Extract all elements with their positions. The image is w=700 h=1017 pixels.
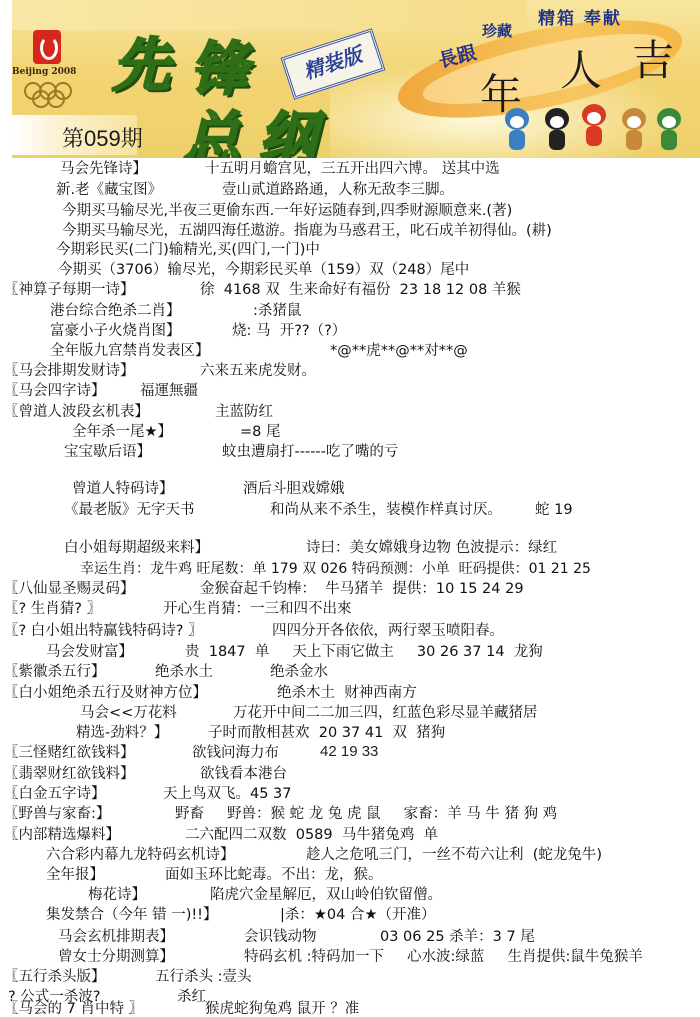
row-label: 〖白金五字诗】 [4,785,106,803]
row-label: 全年杀一尾★】 [72,423,172,441]
row-content: 金猴奋起千钧棒： 牛马猪羊 提供：10 15 24 29 [200,580,524,598]
row-label: 〖神算子每期一诗】 [4,281,135,299]
row-label: 〖? 生肖猜? 〗 [4,600,101,618]
row-label: 〖野兽与家畜:】 [4,805,110,823]
row-label: 白小姐每期超级来料】 [64,539,209,557]
row-content: 酒后斗胆戏嫦娥 [243,480,345,498]
row-content: 二六配四二双数 0589 马牛猪兔鸡 单 [185,826,438,844]
row-content: 杀红 [177,988,206,1006]
row-content: 今期买马输尽光,半夜三更偷东西.一年好运随春到,四季财源顺意来.(著) [62,202,512,220]
row-label: 新.老《藏宝图》 [56,182,162,198]
row-label: 马会先锋诗】 [60,161,147,177]
row-label: 〖紫徽杀五行】 [4,663,106,681]
row-content: 猴虎蛇狗兔鸡 鼠开 ？准 [205,1000,359,1017]
row-content: 主蓝防红 [215,403,273,421]
title-char-1: 先 [112,18,170,102]
row-label: 〖白小姐绝杀五行及财神方位】 [4,684,207,702]
row-content: 今期买（3706）输尽光，今期彩民买单（159）双（248）尾中 [58,261,469,279]
header-banner: Beijing 2008 先 锋 总 纲 精装版 精箱 奉献 珍藏 長跟 年 人… [0,0,700,158]
row-label: 〖翡翠财红欲钱料】 [4,765,135,783]
mascot-jingjing-icon [543,108,571,152]
beijing-olympic-emblem-icon [33,30,61,64]
row-content: 徐 4168 双 生来命好有福份 23 18 12 08 羊猴 [200,281,521,299]
row-content: 陷虎穴金星解厄，双山岭伯钦留僧。 [210,886,442,904]
row-label: 《最老版》无字天书 [64,501,195,519]
row-label: 马会<<万花料 [80,704,177,722]
row-label: 〖三怪赌红欲钱料】 [4,744,135,762]
slogan-char-2: 人 [560,38,602,98]
banner-tagline-partial: 珍藏 [482,20,512,41]
row-content: 十五明月蟾宫见，三五开出四六博。 送其中选 [205,160,500,178]
row-label: 〖八仙显圣赐灵码】 [4,580,135,598]
mascot-beibei-icon [503,108,531,152]
row-label: 六合彩内幕九龙特码玄机诗】 [46,846,235,864]
row-content: 绝杀木土 财神西南方 [277,684,417,702]
row-content: 诗曰：美女嫦娥身边物 色波提示：绿红 [306,539,557,557]
row-content: 今期买马输尽光，五湖四海任遨游。指鹿为马惑君王，叱石成羊初得仙。(耕) [62,222,552,240]
row-label: 梅花诗】 [88,886,146,904]
olympic-text: Beijing 2008 [12,67,76,77]
row-label: 〖马会四字诗】 [4,382,106,400]
mascot-huanhuan-icon [580,104,608,148]
row-label: 精选-劲料？】 [76,724,168,742]
row-label: 港台综合绝杀二肖】 [50,302,181,320]
row-content: *@**虎**@**对**@ [330,342,468,360]
row-content: 趁人之危吼三门，一丝不苟六让利 (蛇龙兔牛) [306,846,602,864]
row-content: 六来五来虎发财。 [200,362,316,380]
row-label: 曾道人特码诗】 [72,480,174,498]
row-label: 全年报】 [46,866,104,884]
row-extra: 蛇 19 [535,501,573,519]
title-char-3: 总 [182,92,240,158]
row-label: 宝宝歇后语】 [64,443,151,461]
row-content: 贵 1847 单 天上下雨它做主 30 26 37 14 龙狗 [185,643,543,661]
row-content: 天上鸟双飞。45 37 [163,785,292,803]
row-label: 富豪小子火烧肖图】 [50,322,181,340]
row-content: 幸运生肖：龙牛鸡 旺尾数：单 179 双 026 特码预测：小单 旺码提供：01… [80,560,591,578]
row-content: 欲钱看本港台 [200,765,287,783]
row-label: 马会发财富】 [46,643,133,661]
row-content: 和尚从来不杀生，装模作样真讨厌。 [270,501,502,519]
row-extra: 绝杀金水 [270,663,328,681]
row-content: 面如玉环比蛇毒。不出：龙，猴。 [165,866,383,884]
row-label: 〖曾道人波段玄机表】 [4,403,149,421]
row-label: 〖五行杀头版】 [4,968,106,986]
row-content: 五行杀头 :壹头 [155,968,252,986]
slogan-char-3: 吉 [632,28,674,88]
banner-top-strip [12,0,527,30]
row-content: 会识钱动物 [244,928,317,946]
row-content: 福運無疆 [140,382,198,400]
row-label: 〖? 白小姐出特赢钱特码诗? 〗 [4,622,203,640]
list-item: 新.老《藏宝图》 [56,181,162,199]
row-label: 〖马会的 7 肖中特 〗 [4,1000,143,1017]
row-content: 烧: 马 开??（?） [232,322,346,340]
row-label: 〖内部精选爆料】 [4,826,120,844]
row-label: 集发禁合（今年 错 一)!!】 [46,906,218,924]
row-content: 万花开中间二二加三四，红蓝色彩尽显羊藏猪居 [233,704,538,722]
mascot-nini-icon [655,108,683,152]
row-content: :杀猪鼠 [253,302,301,320]
row-content: 今期彩民买(二门)输精光,买(四门,一门)中 [56,241,320,259]
row-extra: 42 19 33 [320,743,378,761]
row-content: 子时而散相甚欢 20 37 41 双 猪狗 [208,724,445,742]
title-char-4: 纲 [258,92,316,158]
mascot-yingying-icon [620,108,648,152]
row-content: 壹山贰道路路通，人称无敌李三脚。 [222,181,454,199]
row-content: =8 尾 [240,423,280,441]
row-content: 开心生肖猜：一三和四不出來 [163,600,352,618]
row-label: 马会玄机排期表】 [58,928,174,946]
row-content: 野畜 野兽：猴 蛇 龙 兔 虎 鼠 家畜：羊 马 牛 猪 狗 鸡 [175,805,557,823]
row-extra: 03 06 25 杀羊：3 7 尾 [380,928,535,946]
olympic-rings-icon [24,82,84,108]
row-content: 蚊虫遭扇打------吃了嘴的亏 [222,443,398,461]
row-label: 〖马会排期发财诗】 [4,362,135,380]
banner-tagline: 精箱 奉献 [538,4,622,29]
list-item: 马会先锋诗】 [60,160,147,178]
row-content: 绝杀水土 [155,663,213,681]
row-content: 特码玄机 :特码加一下 心水波:绿蓝 生肖提供:鼠牛兔猴羊 [244,948,643,966]
row-content: |杀：★04 合★（开准） [280,906,435,924]
row-content: 欲钱问海力布 [192,744,279,762]
row-label: 曾女士分期测算】 [58,948,174,966]
banner-left-margin [0,0,12,158]
row-content: 四四分开各依依，两行翠玉喷阳春。 [272,622,504,640]
row-label: 全年版九宫禁肖发表区】 [50,342,210,360]
issue-number: 第059期 [62,122,143,153]
